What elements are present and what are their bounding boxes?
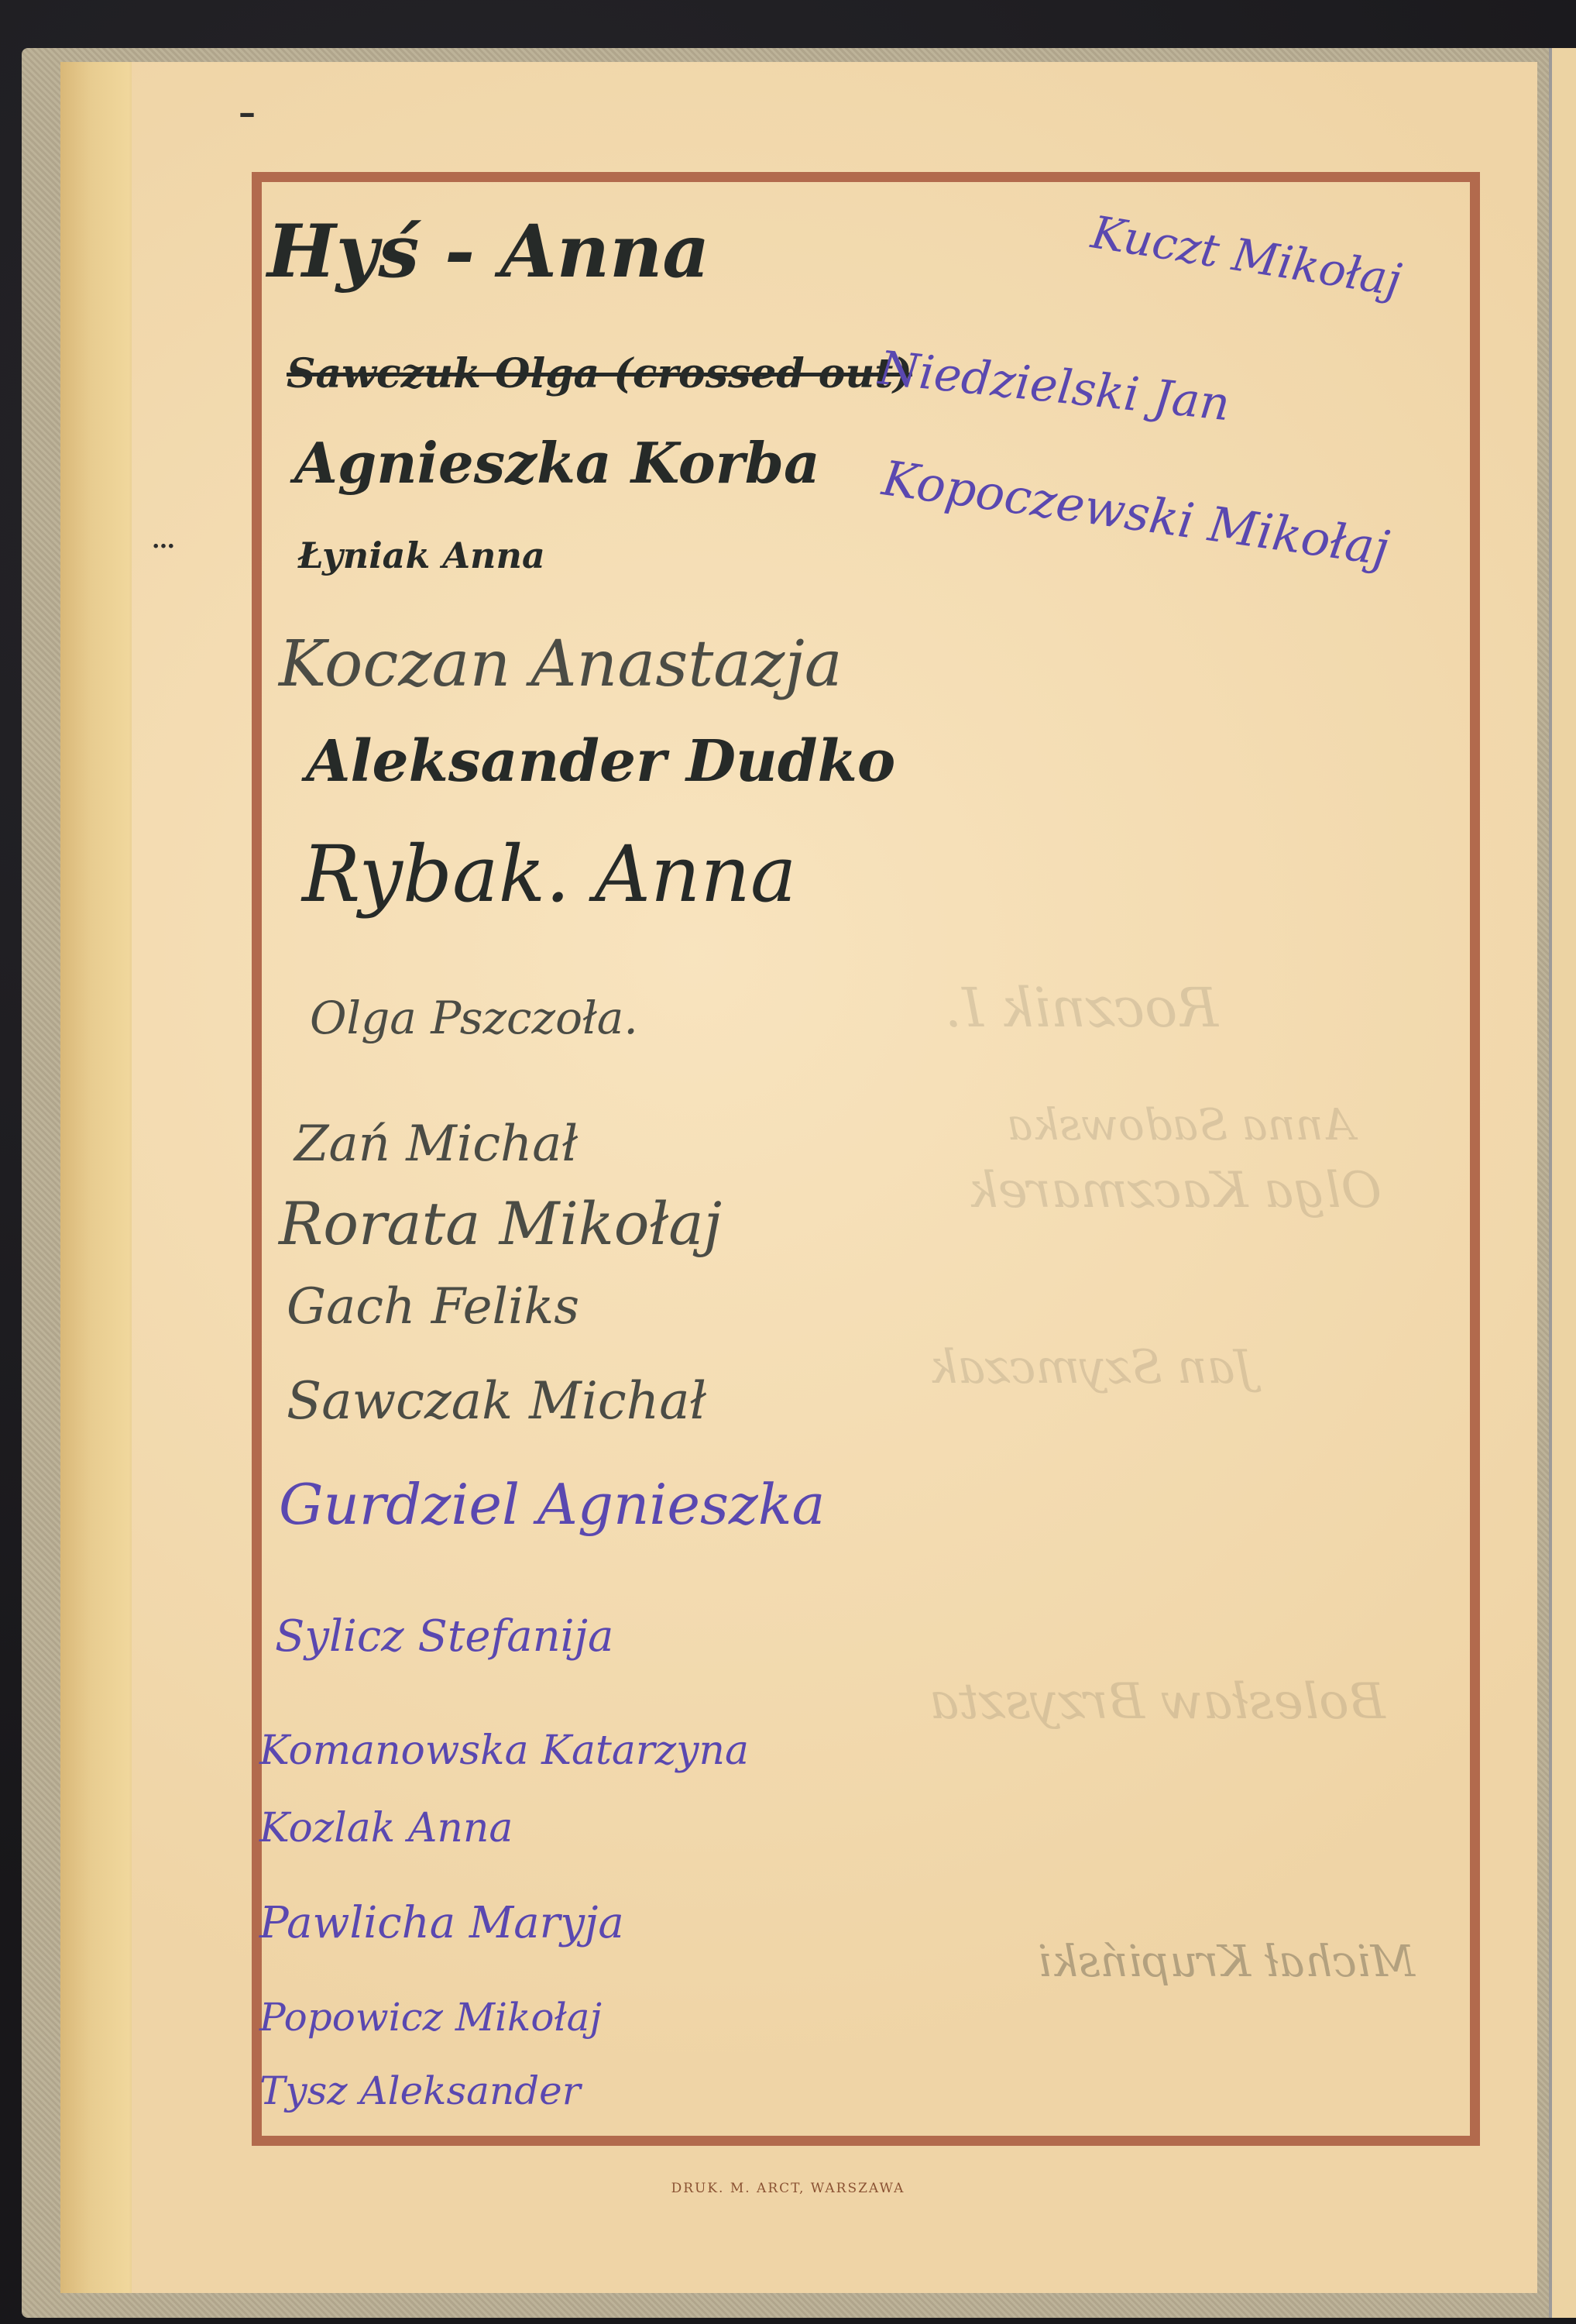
- signature: Tysz Aleksander: [259, 2068, 581, 2113]
- signature: Gurdziel Agnieszka: [279, 1472, 825, 1537]
- signature: Sylicz Stefanija: [275, 1611, 613, 1662]
- signature: Popowicz Mikołaj: [259, 1995, 602, 2040]
- signature: Agnieszka Korba: [294, 430, 820, 496]
- signature: Hyś - Anna: [267, 209, 709, 294]
- top-mark: –: [239, 93, 256, 132]
- signature: Komanowska Katarzyna: [259, 1728, 749, 1774]
- signature: Zań Michał: [294, 1116, 578, 1173]
- printer-imprint: DRUK. M. ARCT, WARSZAWA: [0, 2181, 1576, 2196]
- signature: Łyniak Anna: [298, 535, 545, 576]
- signature: Pawlicha Maryja: [259, 1898, 624, 1948]
- signature: Gach Feliks: [287, 1278, 579, 1336]
- signature-crossed-out: Sawczuk Olga (crossed out): [287, 350, 912, 397]
- signature: Rorata Mikołaj: [279, 1189, 722, 1258]
- signature: Olga Pszczoła.: [310, 992, 638, 1044]
- signature: Rybak. Anna: [302, 829, 796, 920]
- signature: Kozlak Anna: [259, 1805, 513, 1851]
- signature: Aleksander Dudko: [306, 728, 895, 795]
- margin-ink-mark: …: [152, 527, 175, 554]
- signature: Sawczak Michał: [287, 1371, 706, 1431]
- page-edges: [60, 62, 136, 2293]
- adjacent-page-edge: [1549, 48, 1576, 2318]
- signature: Koczan Anastazja: [279, 627, 843, 701]
